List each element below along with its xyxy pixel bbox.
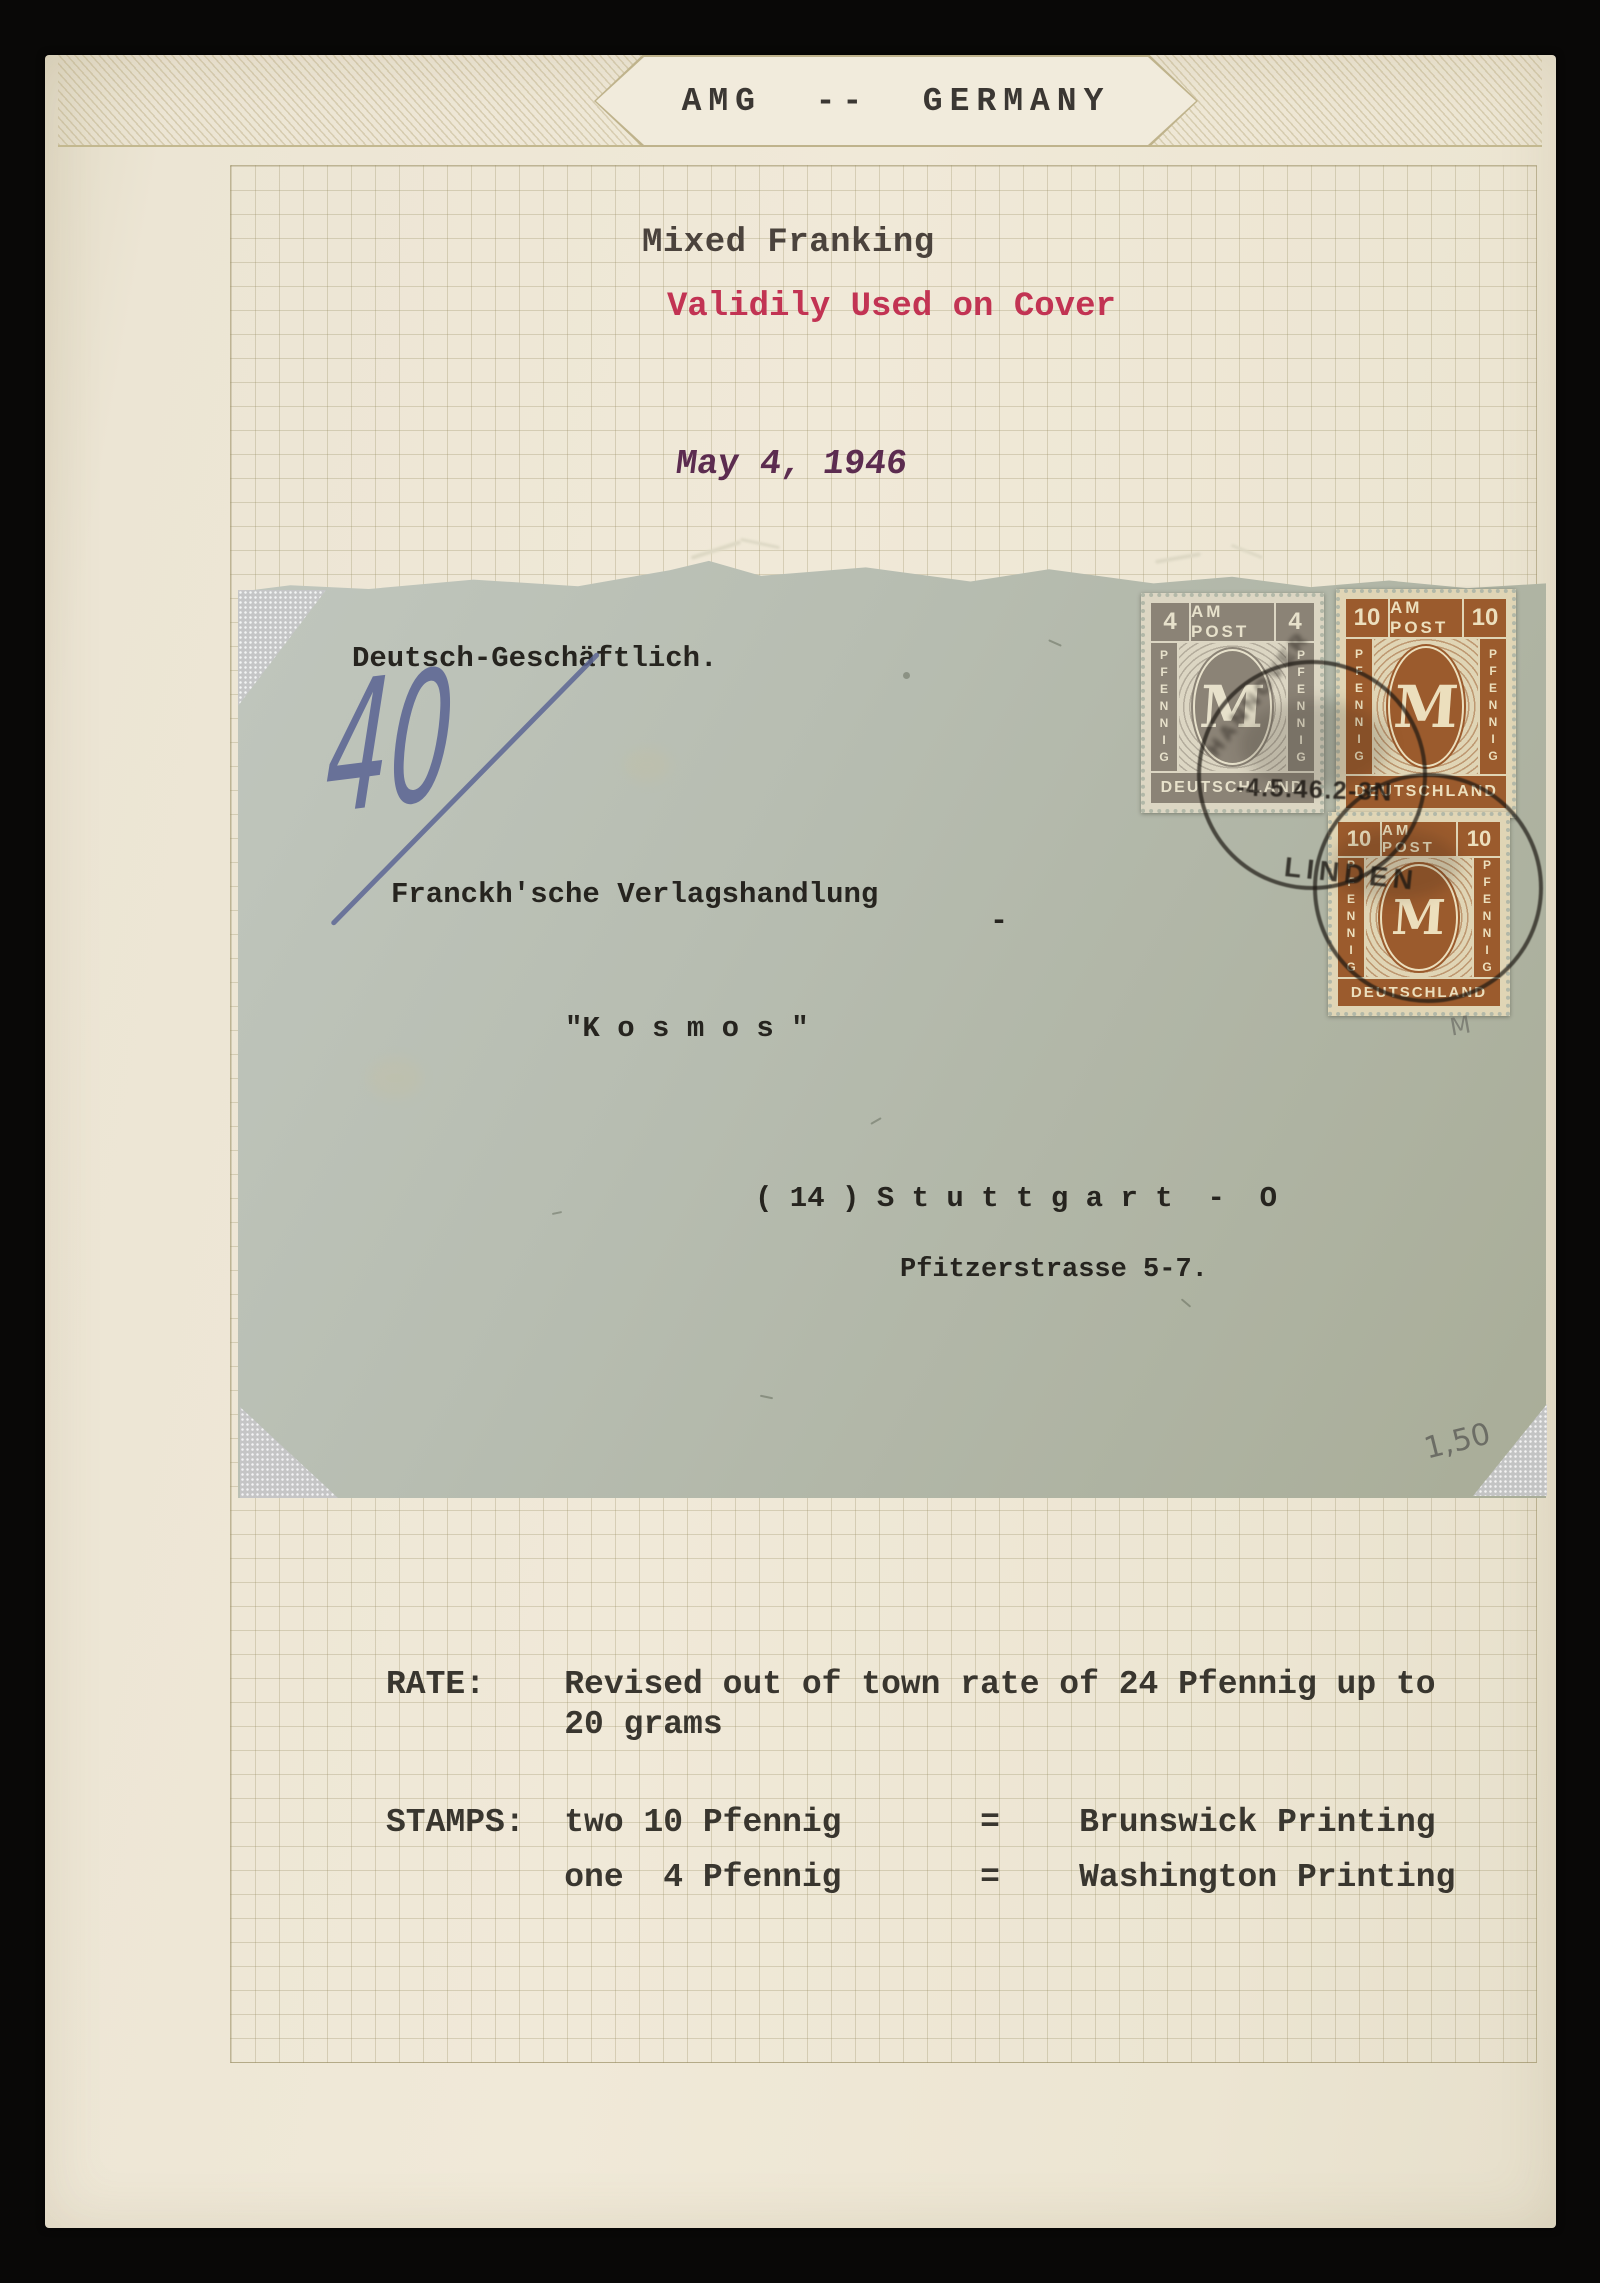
paper-speck	[903, 672, 910, 679]
envelope-city-line: ( 14 ) S t u t t g a r t - O	[755, 1182, 1277, 1215]
stamp-inscription: AM POST	[1390, 599, 1462, 637]
stamp-side-label: PFENNIG	[1480, 639, 1506, 774]
photograph-of-album-page: AMG -- GERMANY Mixed Franking Validily U…	[0, 0, 1600, 2283]
note-rate-line1: RATE: Revised out of town rate of 24 Pfe…	[386, 1666, 1436, 1703]
envelope-dash-mark: -	[990, 905, 1008, 939]
note-stamps-line2: one 4 Pfennig = Washington Printing	[386, 1859, 1455, 1896]
stamp-value: 10	[1464, 599, 1506, 637]
page-title: AMG -- GERMANY	[682, 83, 1111, 120]
envelope-street-line: Pfitzerstrasse 5-7.	[900, 1255, 1208, 1285]
stamp-value: 10	[1346, 599, 1388, 637]
heading-subject: Mixed Franking	[642, 224, 935, 262]
stamp-side-label: PFENNIG	[1151, 643, 1177, 771]
handwritten-rate-figure: 40	[323, 664, 457, 824]
title-banner: AMG -- GERMANY	[594, 55, 1198, 147]
heading-subtitle: Validily Used on Cover	[667, 288, 1116, 326]
paper-stain	[368, 1058, 422, 1098]
envelope-addressee: Franckh'sche Verlagshandlung	[391, 878, 878, 911]
note-rate-line2: 20 grams	[386, 1706, 723, 1743]
postmark-date-line: -4.5.46.2-3N	[1236, 773, 1394, 807]
paper-stain	[624, 748, 670, 782]
title-banner-face: AMG -- GERMANY	[596, 57, 1196, 145]
heading-date: May 4, 1946	[674, 444, 910, 484]
note-stamps-line1: STAMPS: two 10 Pfennig = Brunswick Print…	[386, 1804, 1436, 1841]
envelope-company: "K o s m o s "	[565, 1012, 809, 1045]
stamp-value: 4	[1151, 603, 1189, 641]
stamp-inscription: AM POST	[1191, 603, 1274, 641]
